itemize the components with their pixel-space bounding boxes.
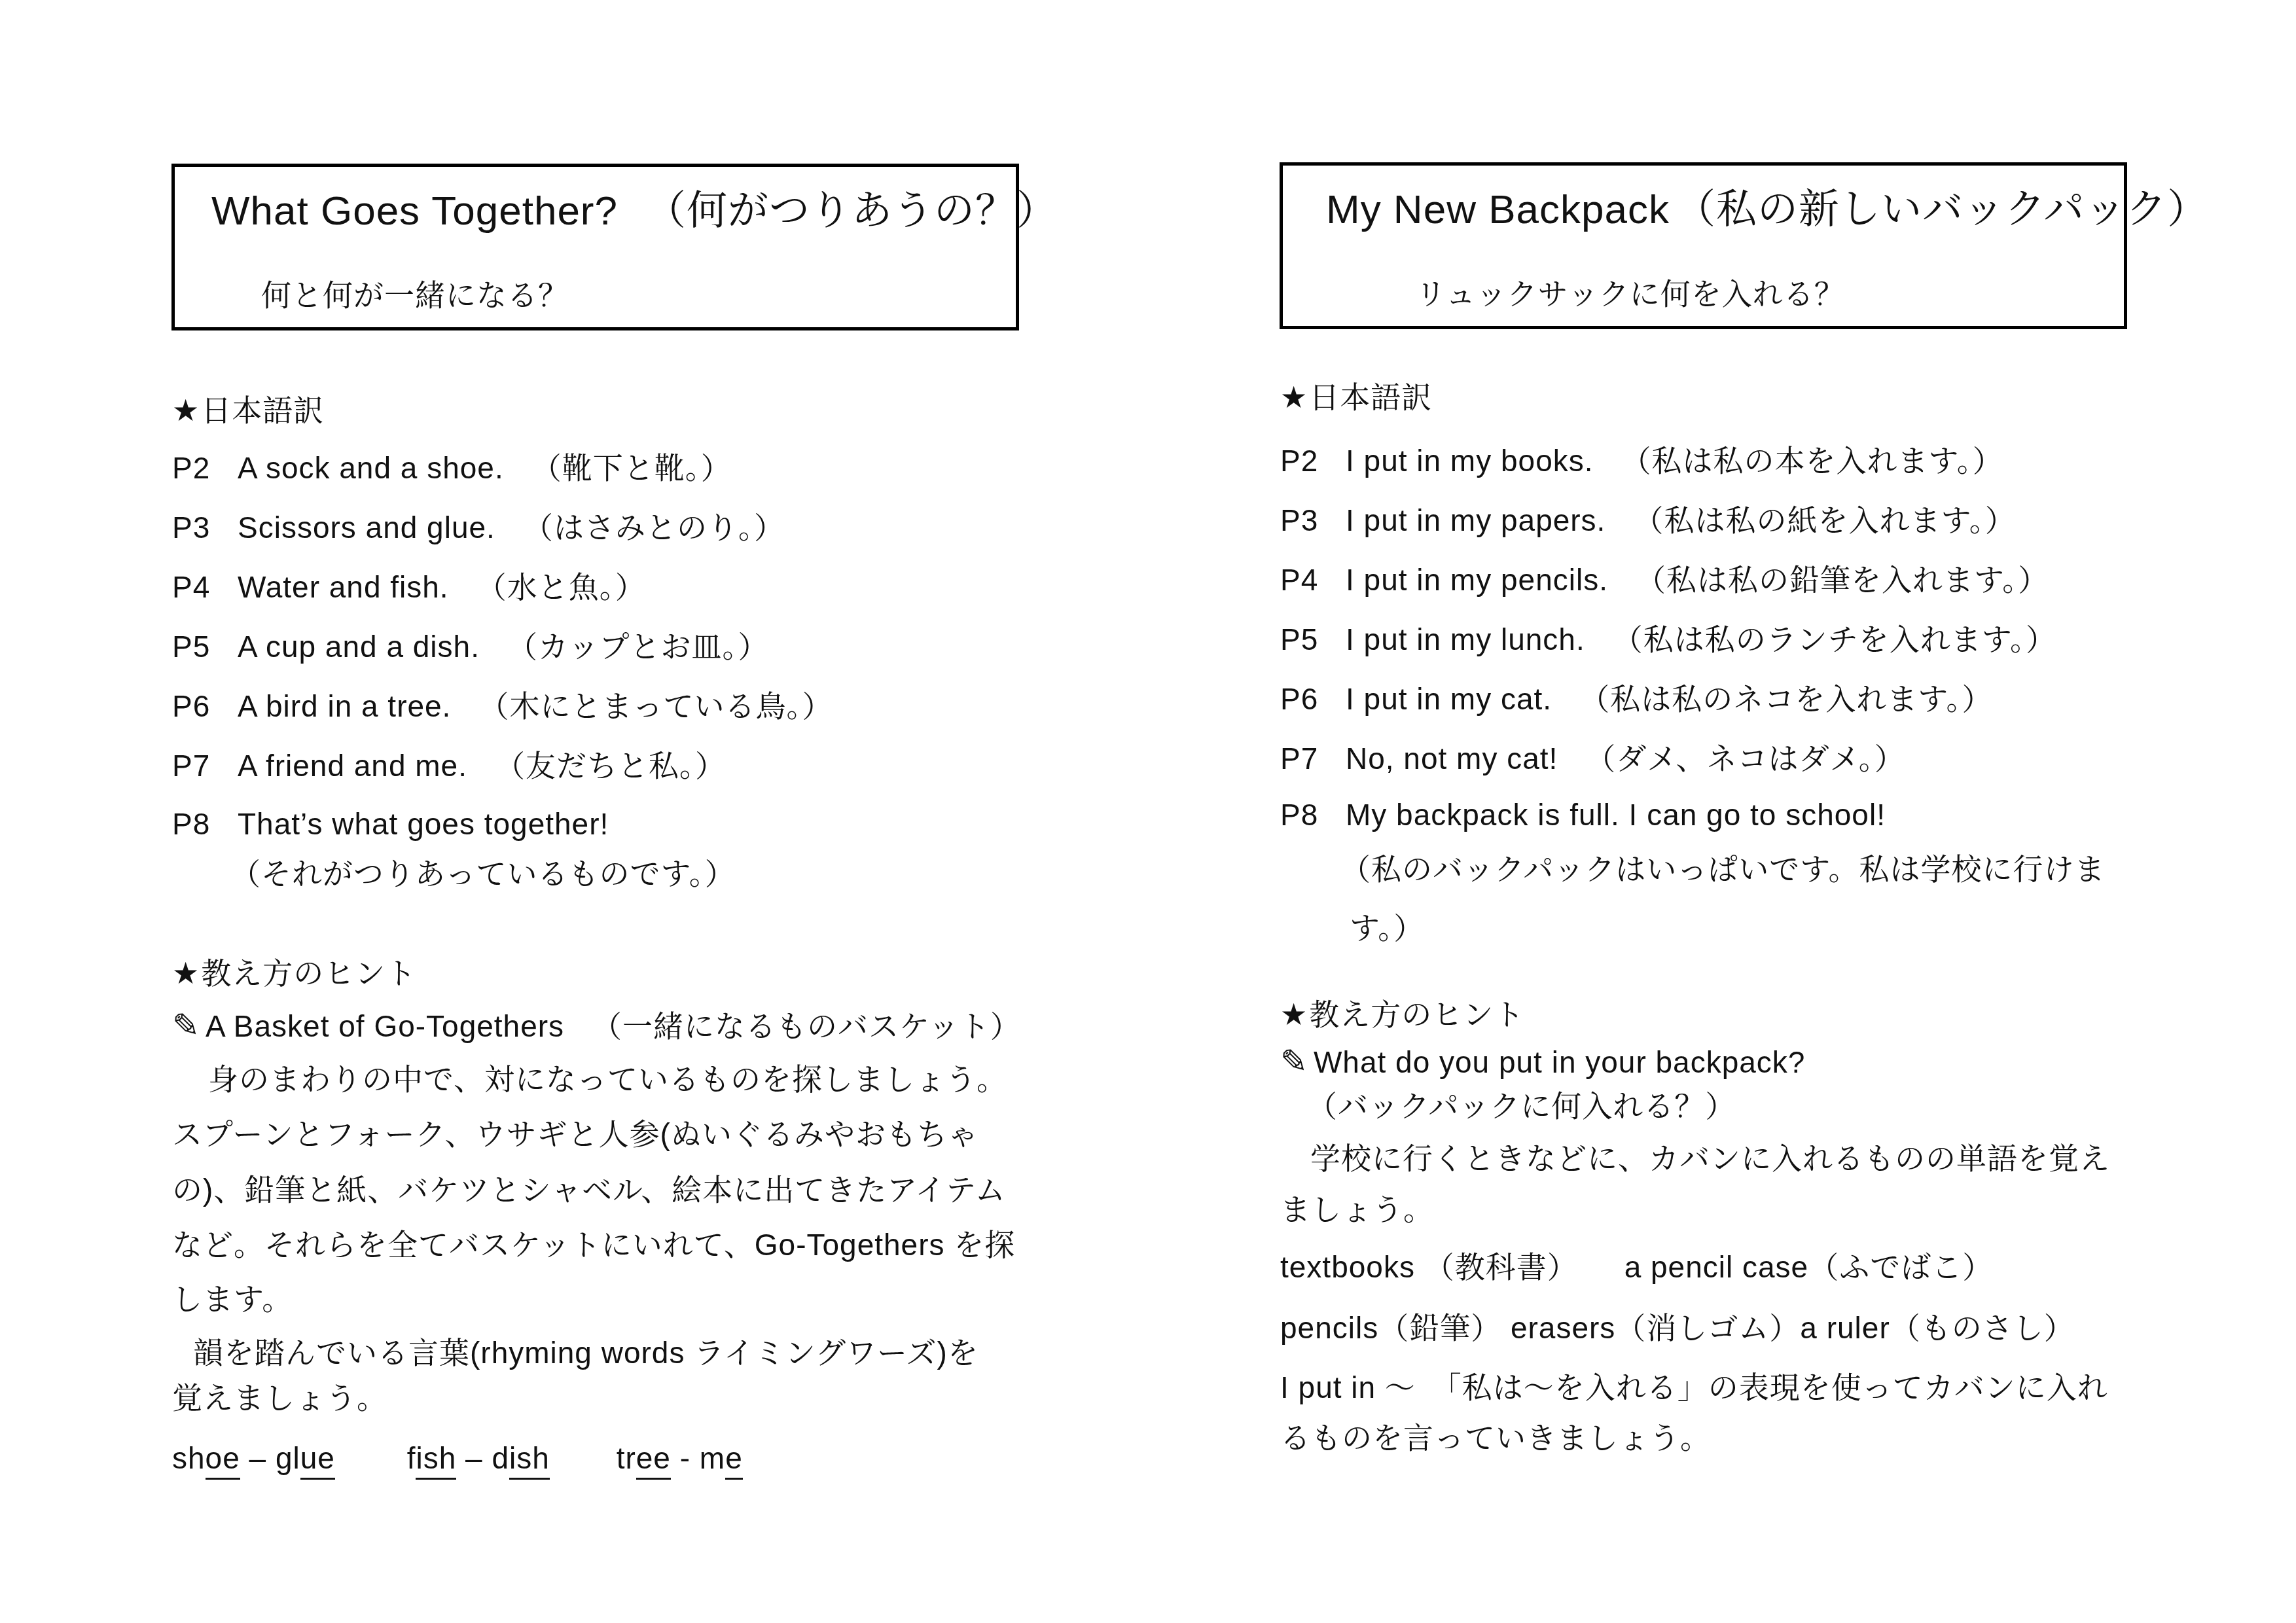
rhyme-pair: tree - me [617,1441,743,1475]
page-line: P4I put in my pencils.（私は私の鉛筆を入れます。） [1280,562,2049,598]
page-line: P3Scissors and glue.（はさみとのり。） [172,509,785,546]
page-line: P6A bird in a tree.（木にとまっている鳥。） [172,688,833,724]
left-book-title: What Goes Together?（何がつりあうの？） [211,185,1058,238]
page-text-jp: （私は私の鉛筆を入れます。） [1636,563,2049,597]
left-hints-heading-label: 教え方のヒント [201,956,416,990]
star-icon: ★ [1280,380,1308,414]
page-text-en: A cup and a dish. [238,630,480,664]
hint-line: します。 [172,1281,293,1317]
page-text-en: Water and fish. [238,570,449,604]
rhyme-word-part: tr [617,1441,636,1475]
hint-line: 身のまわりの中で、対になっているものを探しましょう。 [208,1061,1007,1097]
page-number: P7 [172,747,238,784]
rhyme-word-part: d [492,1441,509,1475]
rhyme-separator: – [456,1441,492,1475]
page-text-en: No, not my cat! [1346,741,1558,776]
page-text-en: My backpack is full. I can go to school! [1346,798,1886,832]
rhyme-word-underlined: ue [300,1441,335,1480]
left-title-box: What Goes Together?（何がつりあうの？） 何と何が一緒になる？ [171,164,1019,330]
page-text-jp: （木にとまっている鳥。） [478,689,833,723]
hint-line: 覚えましょう。 [172,1380,387,1416]
page-text-jp-continuation: （私のバックパックはいっぱいです。私は学校に行けま [1340,851,2106,887]
hint-line: るものを言っていきましょう。 [1280,1419,1711,1456]
page-text-en: That’s what goes together! [238,807,609,841]
rhyme-word-underlined: oe [206,1441,240,1480]
right-title-box: My New Backpack（私の新しいバックパック） リュックサックに何を入… [1280,162,2127,329]
page-text-jp-continuation: す。） [1350,910,1424,946]
page-text-en: Scissors and glue. [238,510,495,544]
hint-line: など。それらを全てバスケットにいれて、Go-Togethers を探 [172,1226,1015,1263]
page-text-en: I put in my cat. [1346,682,1552,716]
page-text-en: I put in my pencils. [1346,563,1608,597]
page-line: P7A friend and me.（友だちと私。） [172,747,726,784]
right-hints-heading: ★教え方のヒント [1280,996,1524,1033]
rhyming-words-line: shoe – glue fish – dish tree - me [172,1440,743,1476]
rhyme-word-part: f [407,1441,416,1475]
page-line: P7No, not my cat!（ダメ、ネコはダメ。） [1280,740,1905,777]
hint-activity-title-en: What do you put in your backpack? [1314,1045,1806,1079]
rhyme-separator: – [240,1441,276,1475]
hint-activity-title-en: A Basket of Go-Togethers [206,1009,564,1043]
star-icon: ★ [172,393,200,427]
page-text-en: I put in my books. [1346,444,1594,478]
page-text-en: A bird in a tree. [238,689,451,723]
page-text-en: A friend and me. [238,749,467,783]
left-translation-heading: ★日本語訳 [172,392,324,429]
page-number: P2 [172,450,238,486]
page-text-jp: （カップとお皿。） [507,630,769,664]
page-text-jp: （靴下と靴。） [531,451,732,485]
right-book-title: My New Backpack（私の新しいバックパック） [1326,184,2208,236]
page-number: P5 [172,628,238,665]
rhyme-word-part: m [700,1441,725,1475]
hint-line: スプーンとフォーク、ウサギと人参(ぬいぐるみやおもちゃ [172,1116,978,1152]
page-number: P8 [172,806,238,842]
rhyme-pair: fish – dish [407,1441,550,1475]
hint-activity-title: ✎What do you put in your backpack? [1280,1043,1805,1080]
hint-line: 学校に行くときなどに、カバンに入れるものの単語を覚え [1310,1140,2110,1177]
right-book-title-jp: （私の新しいバックパック） [1675,187,2208,232]
page-text-jp: （私は私のランチを入れます。） [1613,622,2056,656]
rhyme-word-part: sh [172,1441,206,1475]
hint-line: （バックパックに何入れる？） [1307,1088,1736,1124]
page-number: P2 [1280,442,1346,479]
page-text-en: I put in my papers. [1346,503,1605,537]
hint-line: textbooks （教科書） a pencil case（ふでばこ） [1280,1249,1993,1285]
page-number: P3 [172,509,238,546]
star-icon: ★ [172,956,200,990]
page-line: P2I put in my books.（私は私の本を入れます。） [1280,442,2003,479]
teaching-guide-page: What Goes Together?（何がつりあうの？） 何と何が一緒になる？… [0,0,2296,1623]
star-icon: ★ [1280,997,1308,1031]
page-number: P8 [1280,796,1346,833]
page-number: P3 [1280,502,1346,539]
page-number: P5 [1280,621,1346,658]
page-text-jp: （友だちと私。） [495,749,726,783]
page-number: P6 [172,688,238,724]
pencil-icon: ✎ [1280,1043,1308,1080]
left-book-title-en: What Goes Together? [211,188,618,234]
page-line: P2A sock and a shoe.（靴下と靴。） [172,450,732,486]
page-line: P5I put in my lunch.（私は私のランチを入れます。） [1280,621,2056,658]
hint-line: の)、鉛筆と紙、バケツとシャベル、絵本に出てきたアイテム [172,1171,1006,1208]
pencil-icon: ✎ [172,1007,200,1044]
page-number: P6 [1280,681,1346,717]
rhyme-separator: - [671,1441,700,1475]
right-book-title-en: My New Backpack [1326,187,1670,232]
right-translation-heading: ★日本語訳 [1280,379,1432,416]
page-text-jp: （私は私の紙を入れます。） [1633,503,2015,537]
page-text-jp: （私は私のネコを入れます。） [1579,682,1992,716]
right-book-subtitle: リュックサックに何を入れる？ [1416,274,1845,313]
hint-activity-title: ✎A Basket of Go-Togethers（一緒になるものバスケット） [172,1007,1021,1044]
page-line: P5A cup and a dish.（カップとお皿。） [172,628,768,665]
left-translation-heading-label: 日本語訳 [201,393,324,427]
page-number: P4 [172,569,238,605]
page-text-jp: （私は私の本を入れます。） [1621,444,2003,478]
page-text-jp: （ダメ、ネコはダメ。） [1585,741,1905,776]
page-number: P7 [1280,740,1346,777]
page-text-jp-continuation: （それがつりあっているものです。） [230,855,736,892]
hint-line: 韻を踏んでいる言葉(rhyming words ライミングワーズ)を [193,1334,978,1371]
hint-line: pencils（鉛筆） erasers（消しゴム）a ruler（ものさし） [1280,1310,2075,1346]
hint-line: ましょう。 [1280,1191,1434,1228]
rhyme-word-underlined: e [725,1441,743,1480]
right-hints-heading-label: 教え方のヒント [1309,997,1524,1031]
page-line: P3I put in my papers.（私は私の紙を入れます。） [1280,502,2016,539]
rhyme-pair: shoe – glue [172,1441,335,1480]
page-text-jp: （水と魚。） [476,570,646,604]
left-book-subtitle: 何と何が一緒になる？ [261,276,569,315]
hint-activity-title-jp: （一緒になるものバスケット） [592,1009,1021,1043]
right-translation-heading-label: 日本語訳 [1309,380,1432,414]
rhyme-word-part: gl [276,1441,300,1475]
left-hints-heading: ★教え方のヒント [172,955,416,991]
page-number: P4 [1280,562,1346,598]
page-text-en: I put in my lunch. [1346,622,1585,656]
page-line: P8My backpack is full. I can go to schoo… [1280,796,1886,833]
left-book-title-jp: （何がつりあうの？） [645,188,1058,234]
page-text-jp: （はさみとのり。） [523,510,785,544]
page-text-en: A sock and a shoe. [238,451,504,485]
rhyme-word-underlined: ish [416,1441,456,1480]
page-line: P4Water and fish.（水と魚。） [172,569,646,605]
page-line: P8That’s what goes together! [172,806,609,842]
page-line: P6I put in my cat.（私は私のネコを入れます。） [1280,681,1992,717]
rhyme-word-underlined: ee [636,1441,671,1480]
hint-line: I put in ～ 「私は～を入れる」の表現を使ってカバンに入れ [1280,1369,2108,1406]
rhyme-word-underlined: ish [509,1441,550,1480]
